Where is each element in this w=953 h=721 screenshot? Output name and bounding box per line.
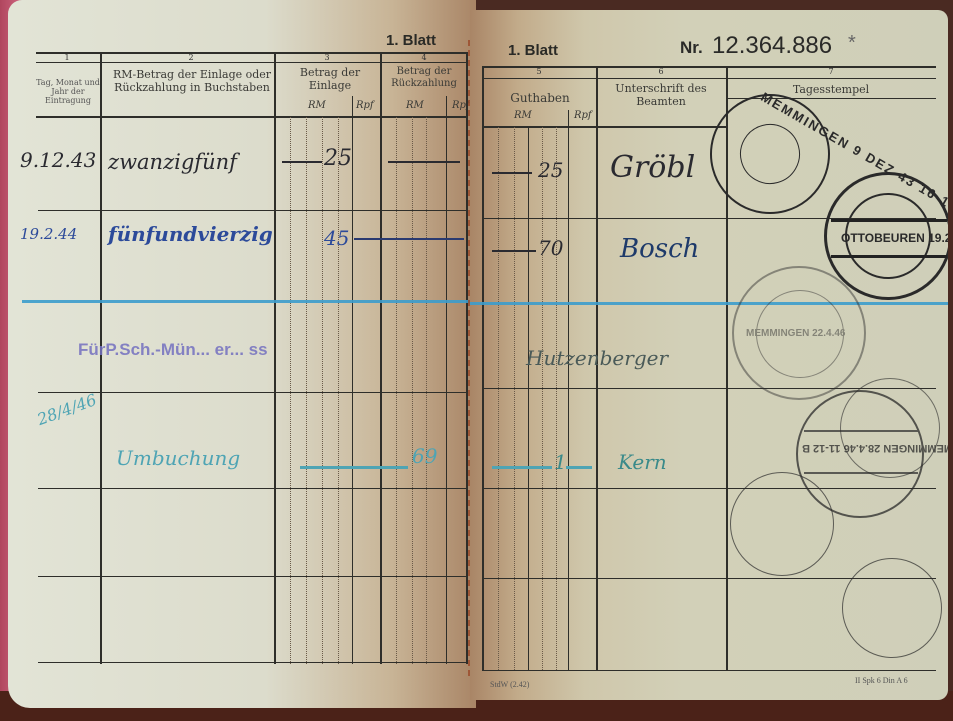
header-number-rule — [482, 78, 936, 79]
balance-digit-guide — [498, 127, 499, 670]
dash-filler — [354, 238, 464, 240]
entry-date: 28/4/46 — [35, 390, 99, 429]
entry-amount-words: fünfundvierzig — [108, 222, 273, 246]
left-border — [482, 66, 484, 670]
branch-rubber-stamp: FürP.Sch.-Mün... er... ss — [78, 340, 268, 360]
entry-amount-words: zwanzigfünf — [108, 150, 237, 174]
balance-digit-guide — [542, 127, 543, 670]
row-rule — [38, 392, 468, 393]
balance-unit-rm: RM — [514, 110, 532, 121]
row-rule — [38, 210, 468, 211]
left-sheet-label: 1. Blatt — [386, 32, 436, 49]
right-page: 1. Blatt Nr. 12.364.886 * 5 6 7 Guthaben… — [470, 10, 948, 700]
withdrawal-digit-guide — [412, 117, 413, 664]
withdrawal-digit-guide — [426, 117, 427, 664]
right-sheet-label: 1. Blatt — [508, 42, 558, 59]
dash-filler — [282, 161, 322, 163]
deposit-digit-guide — [290, 117, 291, 664]
dash-filler — [566, 466, 592, 469]
deposit-digit-guide — [322, 117, 323, 664]
header-bottom-rule — [482, 126, 726, 128]
blue-cancel-line — [470, 302, 948, 305]
deposit-digit-guide — [338, 117, 339, 664]
clerk-signature: Kern — [618, 450, 667, 474]
entry-deposit: 25 — [324, 146, 352, 171]
withdrawal-unit-rm: RM — [406, 100, 424, 111]
row-rule — [38, 662, 468, 663]
entry-date: 9.12.43 — [20, 148, 96, 172]
dash-filler — [388, 161, 460, 163]
deposit-unit-rm: RM — [308, 100, 326, 111]
dash-filler — [300, 466, 408, 469]
entry-balance: 70 — [538, 236, 563, 260]
account-number: 12.364.886 — [712, 32, 832, 60]
row-rule — [482, 670, 936, 671]
balance-digit-guide — [556, 127, 557, 670]
left-page: 1. Blatt 1 2 3 4 Tag, Monat und Jahr der… — [8, 0, 476, 708]
column-number-1: 1 — [36, 53, 98, 62]
entry-deposit: 45 — [324, 226, 349, 250]
blue-cancel-line — [22, 300, 476, 303]
empty-stamp-circle — [842, 558, 942, 658]
balance-digit-guide — [528, 127, 529, 670]
dash-filler — [492, 250, 536, 252]
column-header-signature: Unterschrift des Beamten — [606, 82, 716, 108]
column-header-withdrawal: Betrag der Rückzahlung — [380, 66, 468, 90]
entry-balance: 25 — [538, 158, 563, 182]
postmark-text: OTTOBEUREN 19.2.44.11-12 — [841, 231, 948, 245]
account-number-prefix: Nr. — [680, 38, 703, 58]
col-divider-3 — [380, 52, 382, 664]
dash-filler — [492, 466, 552, 469]
withdrawal-rpf-divider — [446, 96, 447, 664]
entry-withdrawal: 69 — [412, 444, 437, 468]
column-number-4: 4 — [380, 53, 468, 62]
clerk-signature: Gröbl — [610, 150, 695, 185]
postmark-text: MEMMINGEN 22.4.46 — [746, 328, 845, 339]
column-number-6: 6 — [596, 67, 726, 76]
column-header-date: Tag, Monat und Jahr der Eintragung — [36, 78, 100, 105]
column-header-amount-words: RM-Betrag der Einlage oder Rückzahlung i… — [108, 68, 276, 94]
entry-amount-words: Umbuchung — [116, 446, 240, 470]
column-number-5: 5 — [482, 67, 596, 76]
column-header-deposit: Betrag der Einlage — [280, 66, 380, 92]
withdrawal-digit-guide — [396, 117, 397, 664]
postmark-ottobeuren-1944: OTTOBEUREN 19.2.44.11-12 — [824, 172, 948, 300]
row-rule — [38, 576, 468, 577]
postmark-memmingen-1946-a: MEMMINGEN 22.4.46 — [732, 266, 866, 400]
account-number-suffix: * — [848, 32, 856, 55]
col-divider-2 — [274, 52, 276, 664]
column-number-3: 3 — [274, 53, 380, 62]
dash-filler — [492, 172, 532, 174]
entry-balance: 1 — [554, 450, 567, 474]
balance-digit-guide — [514, 127, 515, 670]
stamp-outline-overlap — [840, 378, 940, 478]
balance-unit-rpf: Rpf — [574, 110, 592, 121]
row-rule — [38, 488, 468, 489]
column-number-2: 2 — [106, 53, 276, 62]
form-format: II Spk 6 Din A 6 — [855, 676, 908, 685]
empty-stamp-circle — [730, 472, 834, 576]
column-header-balance: Guthaben — [482, 92, 598, 105]
deposit-unit-rpf: Rpf — [356, 100, 374, 111]
balance-rpf-divider — [568, 110, 569, 670]
deposit-digit-guide — [306, 117, 307, 664]
column-number-7: 7 — [726, 67, 936, 76]
deposit-rpf-divider — [352, 96, 353, 664]
form-code: StdW (2.42) — [490, 680, 529, 689]
clerk-signature: Hutzenberger — [526, 346, 668, 370]
clerk-signature: Bosch — [620, 234, 699, 264]
entry-date: 19.2.44 — [20, 225, 77, 243]
